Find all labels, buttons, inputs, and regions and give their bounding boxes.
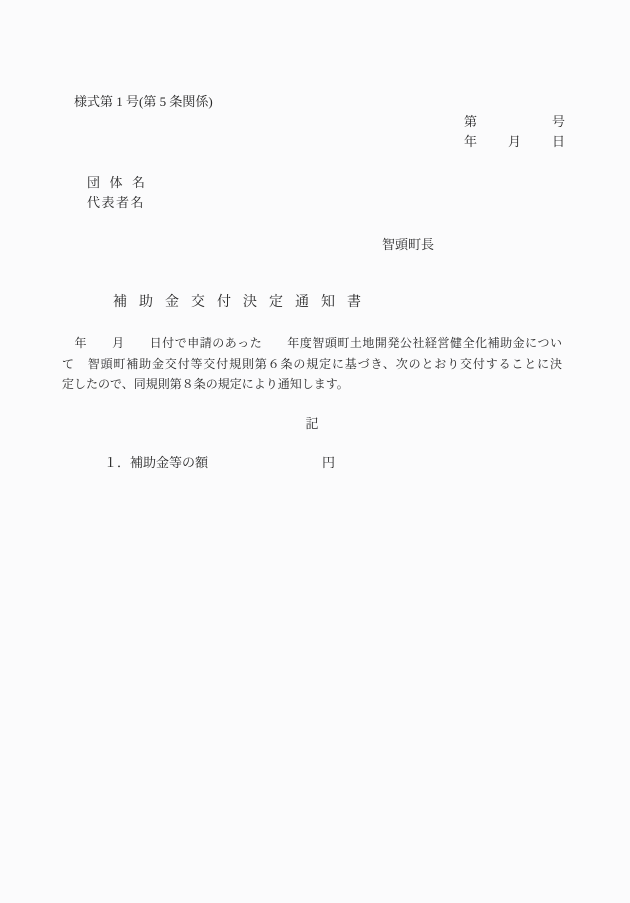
organization-name-label: 団体名: [87, 174, 145, 193]
form-number-label: 様式第 1 号(第 5 条関係): [74, 93, 213, 112]
subsidy-amount-label: １．補助金等の額: [104, 454, 208, 473]
body-line: 年 月 日付で申請のあった 年度智頭町土地開発公社経営健全化補助金につい: [62, 333, 562, 354]
representative-name-label: 代表者名: [87, 194, 145, 213]
subsidy-amount-row: １．補助金等の額 円: [0, 454, 630, 474]
document-title: 補助金交付決定通知書: [113, 293, 373, 313]
sender-mayor-label: 智頭町長: [382, 236, 434, 255]
document-number-row: 第 号: [464, 113, 565, 132]
doc-number-suffix: 号: [552, 113, 565, 132]
body-line: 定したので、同規則第８条の規定により通知します。: [62, 374, 562, 395]
yen-unit-label: 円: [322, 454, 335, 473]
date-day-label: 日: [552, 133, 565, 152]
document-page: 様式第 1 号(第 5 条関係) 第 号 年 月 日 団体名 代表者名 智頭町長…: [0, 0, 630, 903]
date-year-label: 年: [464, 133, 477, 152]
date-month-label: 月: [508, 133, 521, 152]
ki-marker: 記: [62, 415, 562, 434]
doc-number-prefix: 第: [464, 113, 477, 132]
body-paragraph: 年 月 日付で申請のあった 年度智頭町土地開発公社経営健全化補助金につい て 智…: [62, 333, 562, 395]
body-line: て 智頭町補助金交付等交付規則第６条の規定に基づき、次のとおり交付することに決: [62, 354, 562, 375]
date-row: 年 月 日: [464, 133, 565, 152]
